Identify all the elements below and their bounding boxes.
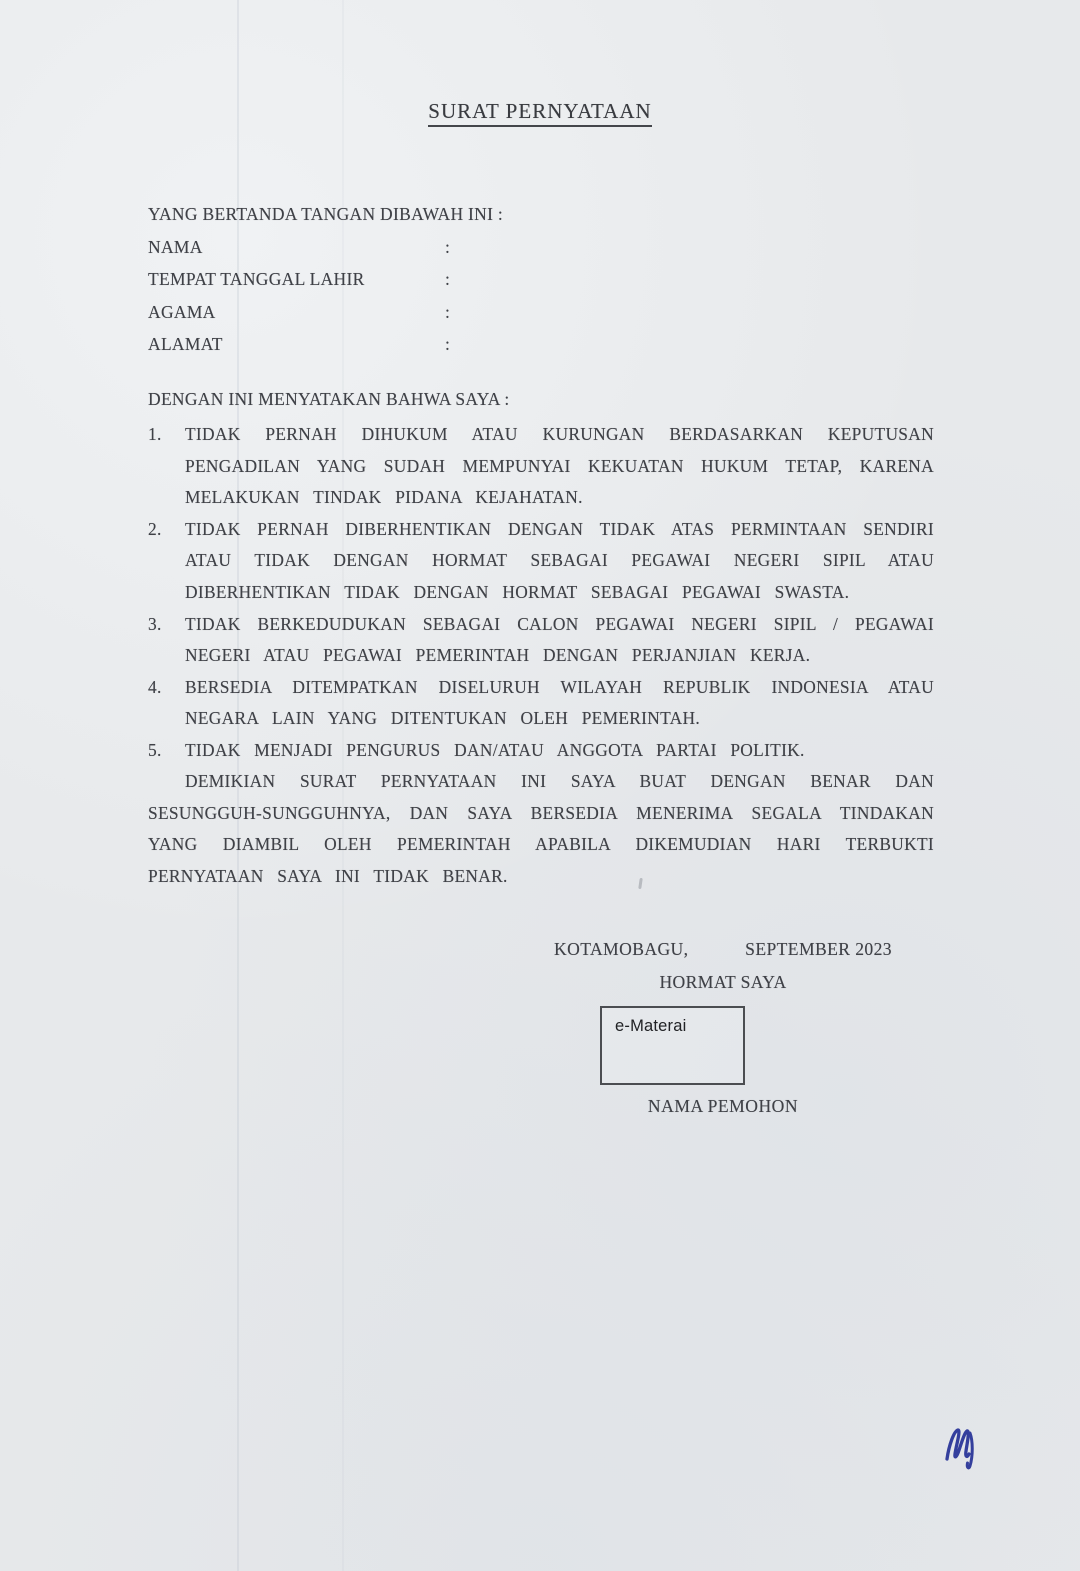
list-item-number: 1. [148, 419, 185, 514]
document-title-wrap: SURAT PERNYATAAN [0, 99, 1080, 127]
list-item-text: TIDAK PERNAH DIBERHENTIKAN DENGAN TIDAK … [185, 514, 934, 609]
scanned-document-page: SURAT PERNYATAAN YANG BERTANDA TANGAN DI… [0, 0, 1080, 1571]
signature-place-date: KOTAMOBAGU, SEPTEMBER 2023 [554, 939, 892, 960]
closing-paragraph: DEMIKIAN SURAT PERNYATAAN INI SAYA BUAT … [148, 766, 934, 892]
field-row-agama: AGAMA : [148, 296, 948, 329]
list-item-number: 3. [148, 609, 185, 672]
field-colon: : [445, 296, 457, 329]
list-item: 1. TIDAK PERNAH DIHUKUM ATAU KURUNGAN BE… [148, 419, 934, 514]
field-row-alamat: ALAMAT : [148, 328, 948, 361]
field-row-tempat-tanggal-lahir: TEMPAT TANGGAL LAHIR : [148, 263, 948, 296]
list-item-number: 5. [148, 735, 185, 767]
document-title: SURAT PERNYATAAN [428, 99, 651, 127]
statement-heading: DENGAN INI MENYATAKAN BAHWA SAYA : [148, 389, 510, 410]
signature-date: SEPTEMBER 2023 [745, 939, 892, 960]
signer-name-label: NAMA PEMOHON [554, 1096, 892, 1117]
e-materai-label: e-Materai [602, 1008, 743, 1036]
signature-salutation: HORMAT SAYA [554, 972, 892, 993]
field-colon: : [445, 328, 457, 361]
signature-city: KOTAMOBAGU, [554, 939, 688, 960]
declarant-section: YANG BERTANDA TANGAN DIBAWAH INI : NAMA … [148, 198, 948, 361]
intro-line: YANG BERTANDA TANGAN DIBAWAH INI : [148, 198, 948, 231]
field-label: ALAMAT [148, 328, 445, 361]
list-item: 2. TIDAK PERNAH DIBERHENTIKAN DENGAN TID… [148, 514, 934, 609]
list-item-text: TIDAK PERNAH DIHUKUM ATAU KURUNGAN BERDA… [185, 419, 934, 514]
list-item: 5. TIDAK MENJADI PENGURUS DAN/ATAU ANGGO… [148, 735, 934, 767]
list-item: 3. TIDAK BERKEDUDUKAN SEBAGAI CALON PEGA… [148, 609, 934, 672]
list-item-text: TIDAK BERKEDUDUKAN SEBAGAI CALON PEGAWAI… [185, 609, 934, 672]
field-row-nama: NAMA : [148, 231, 948, 264]
field-label: NAMA [148, 231, 445, 264]
list-item: 4. BERSEDIA DITEMPATKAN DISELURUH WILAYA… [148, 672, 934, 735]
field-label: TEMPAT TANGGAL LAHIR [148, 263, 445, 296]
field-colon: : [445, 263, 457, 296]
e-materai-stamp-box: e-Materai [600, 1006, 745, 1085]
list-item-text: BERSEDIA DITEMPATKAN DISELURUH WILAYAH R… [185, 672, 934, 735]
list-item-number: 4. [148, 672, 185, 735]
statement-list: 1. TIDAK PERNAH DIHUKUM ATAU KURUNGAN BE… [148, 419, 934, 767]
field-label: AGAMA [148, 296, 445, 329]
list-item-number: 2. [148, 514, 185, 609]
list-item-text: TIDAK MENJADI PENGURUS DAN/ATAU ANGGOTA … [185, 735, 934, 767]
field-colon: : [445, 231, 457, 264]
handwritten-initials [940, 1418, 980, 1472]
